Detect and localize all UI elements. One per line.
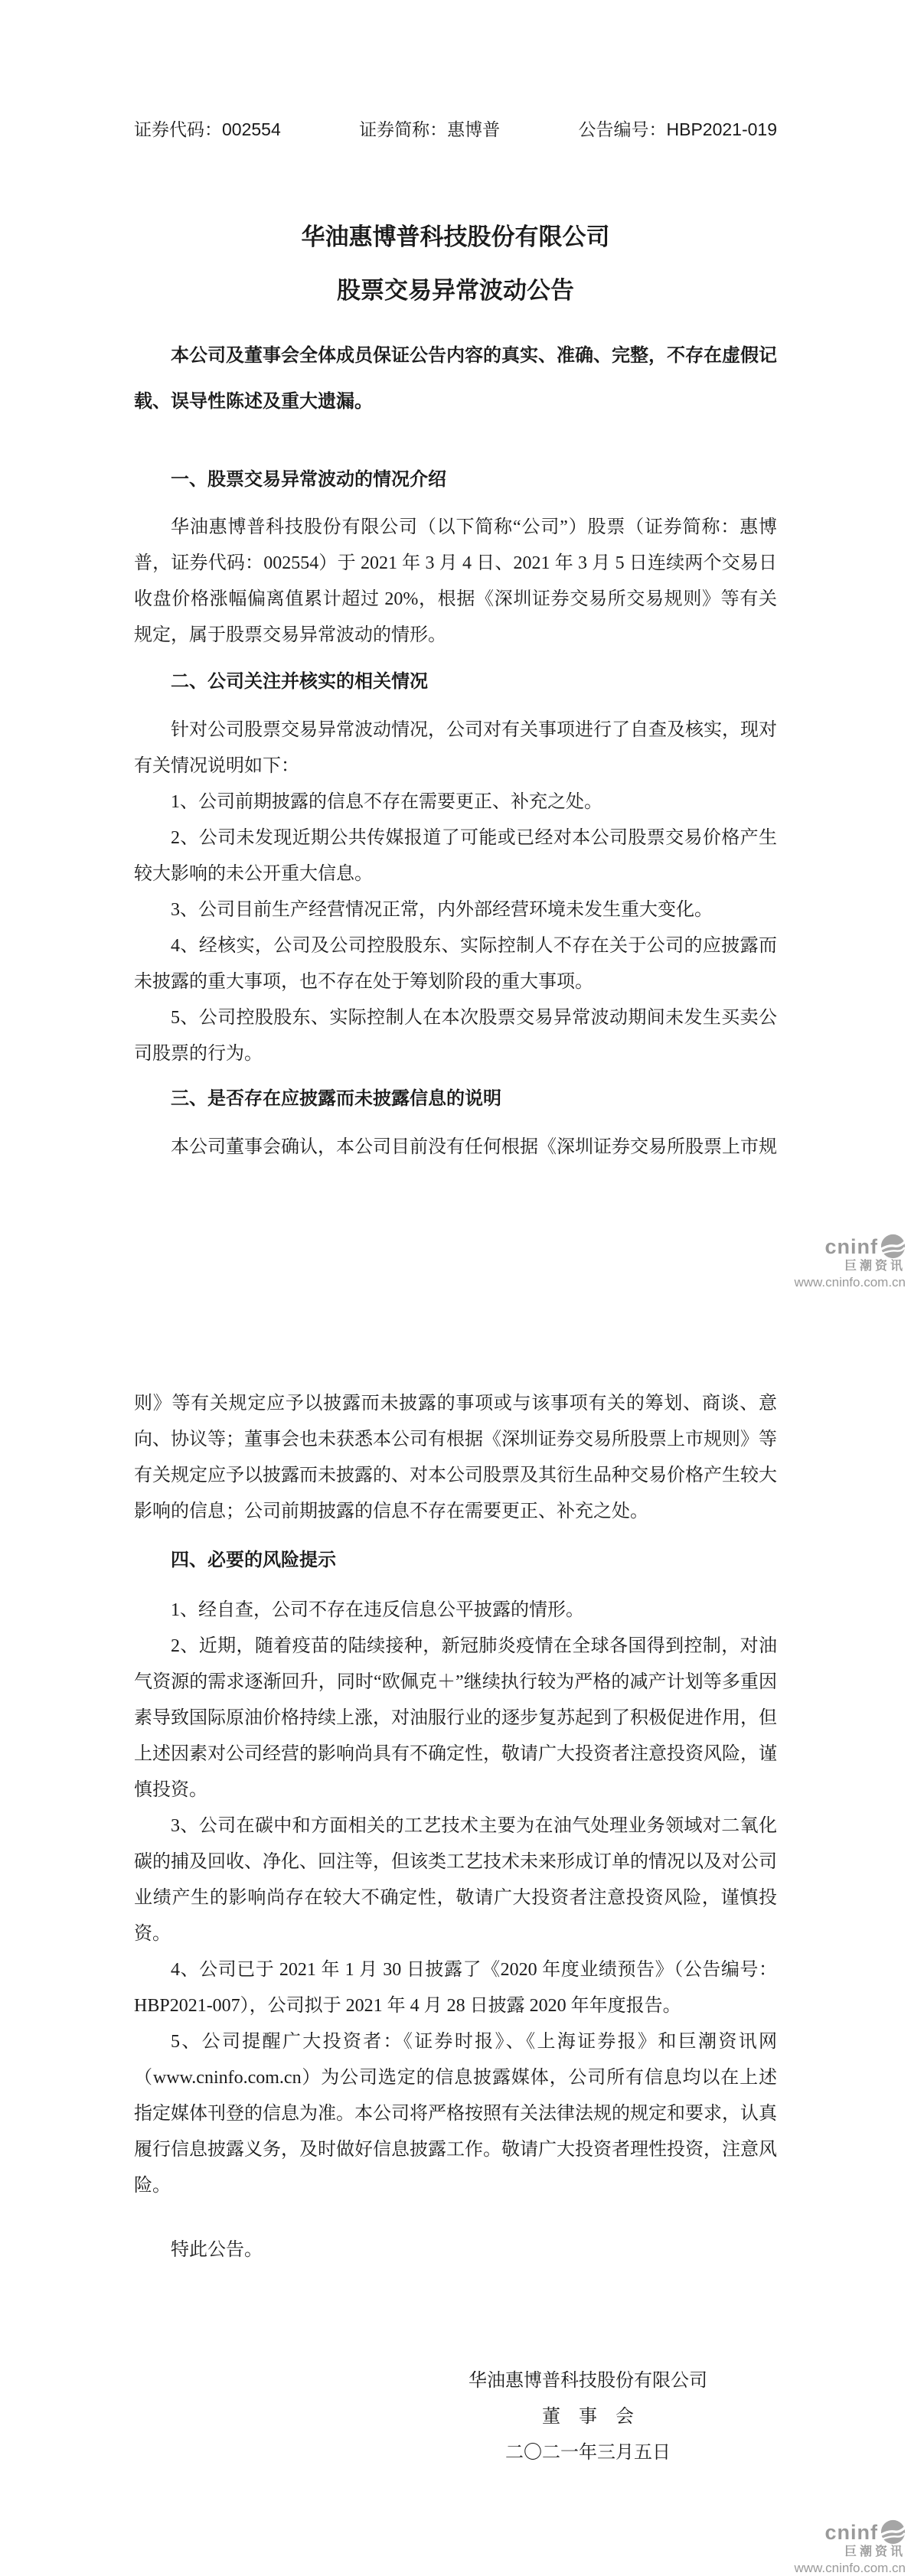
cninfo-brand-text: cninf bbox=[825, 1235, 879, 1258]
cninfo-watermark: cninf 巨潮资讯 www.cninfo.com.cn bbox=[795, 2519, 906, 2576]
section-4-item-4: 4、公司已于 2021 年 1 月 30 日披露了《2020 年度业绩预告》（公… bbox=[134, 1952, 777, 2024]
cninfo-brand: cninf bbox=[825, 2519, 906, 2545]
section-2-heading: 二、公司关注并核实的相关情况 bbox=[134, 664, 777, 700]
company-name-title: 华油惠博普科技股份有限公司 bbox=[134, 218, 777, 256]
section-2-intro: 针对公司股票交易异常波动情况，公司对有关事项进行了自查及核实，现对有关情况说明如… bbox=[134, 712, 777, 784]
cninfo-chinese-name: 巨潮资讯 bbox=[844, 1259, 906, 1274]
section-4-item-1: 1、经自查，公司不存在违反信息公平披露的情形。 bbox=[134, 1593, 777, 1629]
section-1-heading: 一、股票交易异常波动的情况介绍 bbox=[134, 462, 777, 498]
signature-date: 二〇二一年三月五日 bbox=[458, 2435, 718, 2471]
cninfo-logo-icon bbox=[880, 1234, 906, 1259]
document-header: 证券代码：002554 证券简称：惠博普 公告编号：HBP2021-019 bbox=[134, 112, 777, 148]
section-3-paragraph-continuation: 则》等有关规定应予以披露而未披露的事项或与该事项有关的筹划、商谈、意向、协议等；… bbox=[134, 1386, 777, 1530]
board-declaration: 本公司及董事会全体成员保证公告内容的真实、准确、完整，不存在虚假记载、误导性陈述… bbox=[134, 333, 777, 425]
stock-short-name: 证券简称：惠博普 bbox=[359, 112, 500, 148]
section-4-item-5: 5、公司提醒广大投资者：《证券时报》、《上海证券报》和巨潮资讯网（www.cni… bbox=[134, 2024, 777, 2204]
closing-statement: 特此公告。 bbox=[134, 2232, 777, 2268]
section-2-item-5: 5、公司控股股东、实际控制人在本次股票交易异常波动期间未发生买卖公司股票的行为。 bbox=[134, 1000, 777, 1072]
cninfo-url: www.cninfo.com.cn bbox=[795, 2560, 906, 2576]
cninfo-chinese-name: 巨潮资讯 bbox=[844, 2545, 906, 2560]
signature-block: 华油惠博普科技股份有限公司 董 事 会 二〇二一年三月五日 bbox=[458, 2363, 718, 2471]
section-4-item-2: 2、近期，随着疫苗的陆续接种，新冠肺炎疫情在全球各国得到控制，对油气资源的需求逐… bbox=[134, 1629, 777, 1808]
cninfo-watermark: cninf 巨潮资讯 www.cninfo.com.cn bbox=[795, 1234, 906, 1290]
section-3-paragraph-start: 本公司董事会确认，本公司目前没有任何根据《深圳证券交易所股票上市规 bbox=[134, 1130, 777, 1166]
section-2-item-2: 2、公司未发现近期公共传媒报道了可能或已经对本公司股票交易价格产生较大影响的未公… bbox=[134, 820, 777, 892]
announcement-number: 公告编号：HBP2021-019 bbox=[579, 112, 778, 148]
cninfo-brand: cninf bbox=[825, 1234, 906, 1259]
section-2-item-4: 4、经核实，公司及公司控股股东、实际控制人不存在关于公司的应披露而未披露的重大事… bbox=[134, 928, 777, 1000]
cninfo-logo-icon bbox=[880, 2519, 906, 2545]
section-2-item-1: 1、公司前期披露的信息不存在需要更正、补充之处。 bbox=[134, 784, 777, 820]
signature-board: 董 事 会 bbox=[458, 2399, 718, 2435]
announcement-title: 股票交易异常波动公告 bbox=[134, 272, 777, 310]
signature-company: 华油惠博普科技股份有限公司 bbox=[458, 2363, 718, 2399]
section-2-item-3: 3、公司目前生产经营情况正常，内外部经营环境未发生重大变化。 bbox=[134, 892, 777, 928]
section-4-heading: 四、必要的风险提示 bbox=[134, 1543, 777, 1579]
cninfo-brand-text: cninf bbox=[825, 2521, 879, 2544]
announcement-document: 证券代码：002554 证券简称：惠博普 公告编号：HBP2021-019 华油… bbox=[0, 0, 911, 2576]
section-4-item-3: 3、公司在碳中和方面相关的工艺技术主要为在油气处理业务领域对二氧化碳的捕及回收、… bbox=[134, 1808, 777, 1952]
section-1-paragraph: 华油惠博普科技股份有限公司（以下简称“公司”）股票（证券简称：惠博普，证券代码：… bbox=[134, 510, 777, 654]
section-3-heading: 三、是否存在应披露而未披露信息的说明 bbox=[134, 1081, 777, 1117]
stock-code: 证券代码：002554 bbox=[134, 112, 281, 148]
cninfo-url: www.cninfo.com.cn bbox=[795, 1274, 906, 1290]
